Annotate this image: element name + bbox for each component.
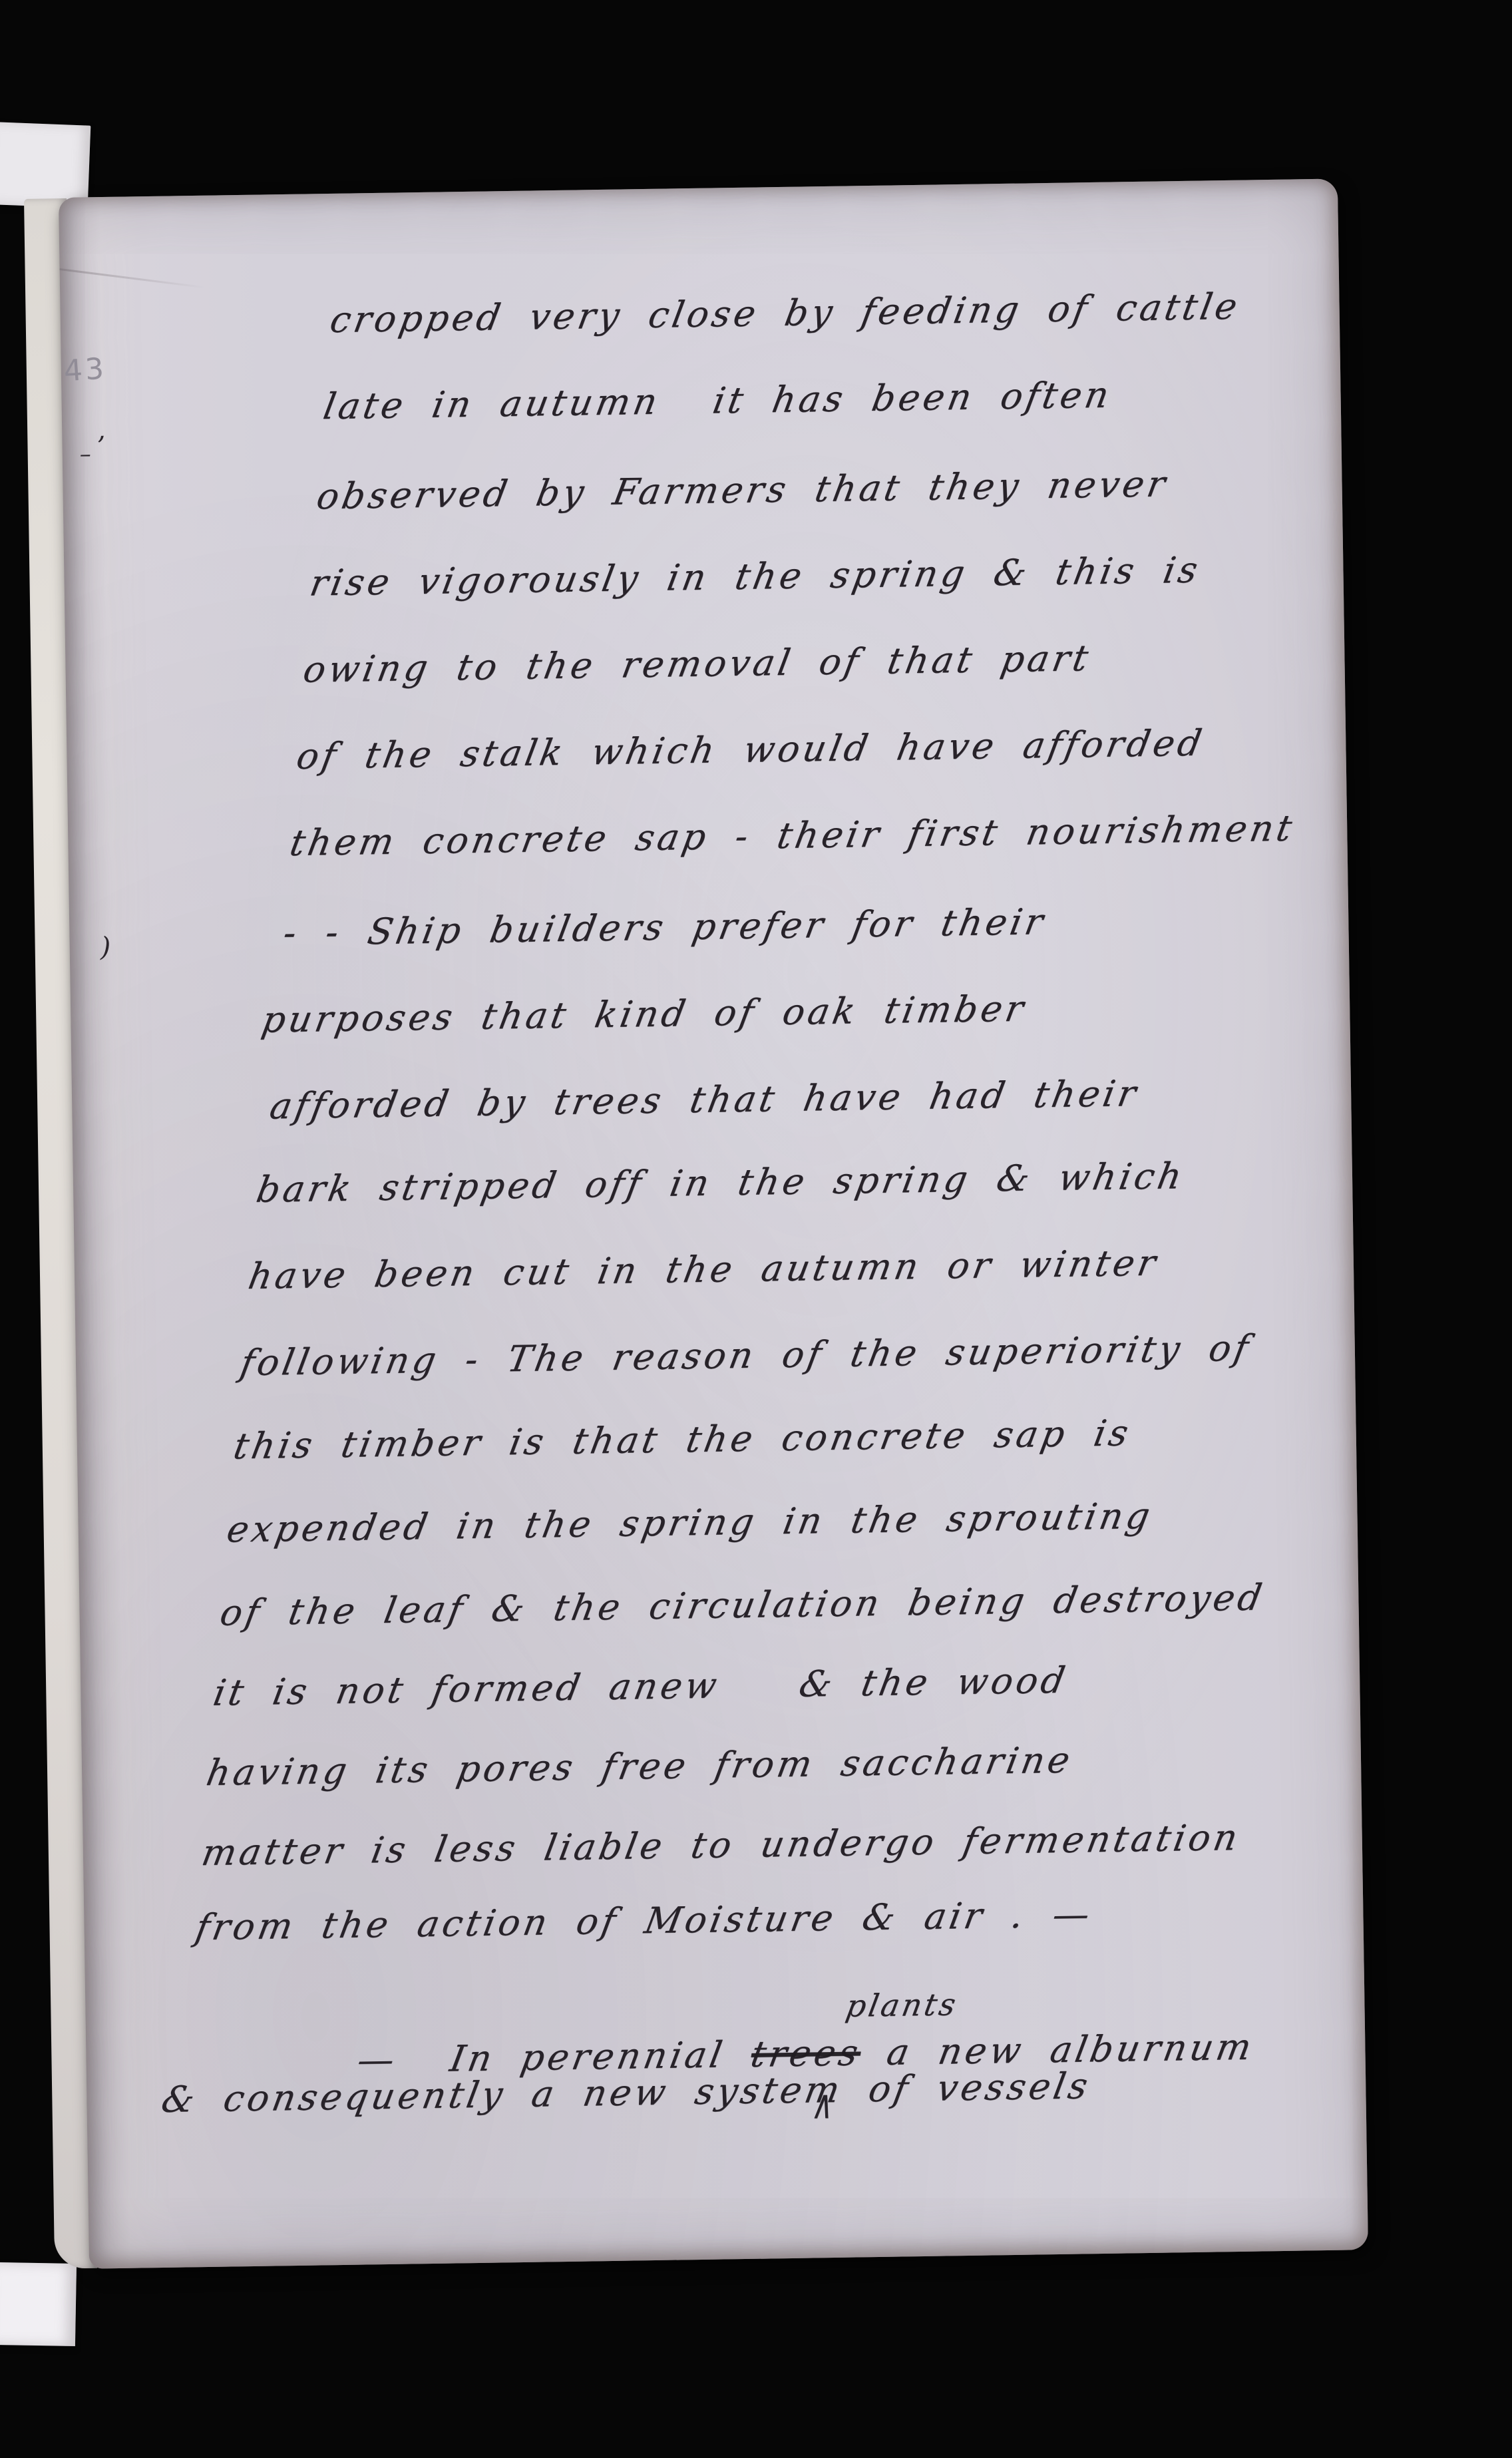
manuscript-line: matter is less liable to undergo ferment… — [198, 1816, 1244, 1874]
manuscript-line: of the leaf & the circulation being dest… — [217, 1576, 1268, 1633]
manuscript-line: cropped very close by feeding of cattle — [327, 286, 1244, 341]
paper-tab-bottom-left — [0, 2262, 77, 2346]
paper-crease — [59, 268, 205, 288]
page-number: 43 — [63, 351, 107, 388]
manuscript-line: afforded by trees that have had their — [267, 1072, 1143, 1127]
paper-tab-top-left — [0, 122, 91, 208]
ink-mark: – — [79, 441, 91, 467]
manuscript-line: observed by Farmers that they never — [313, 463, 1171, 517]
manuscript-line: purposes that kind of oak timber — [259, 987, 1030, 1040]
manuscript-line: of the stalk which would have afforded — [293, 721, 1208, 777]
manuscript-line: expended in the spring in the sprouting — [224, 1495, 1156, 1551]
ink-mark: ) — [100, 932, 110, 962]
manuscript-page: 43 ’ – ) cropped very close by feeding o… — [59, 178, 1368, 2268]
manuscript-line: owing to the removal of that part — [300, 637, 1095, 691]
manuscript-line: bark stripped off in the spring & which — [254, 1155, 1189, 1211]
manuscript-line: have been cut in the autumn or winter — [246, 1242, 1163, 1297]
ink-mark: ’ — [96, 431, 105, 462]
manuscript-line: following - The reason of the superiorit… — [237, 1327, 1254, 1384]
inserted-word: plants — [843, 1986, 961, 2024]
manuscript-line: this timber is that the concrete sap is — [230, 1412, 1135, 1467]
manuscript-line: them concrete sap - their first nourishm… — [287, 807, 1298, 864]
manuscript-line: it is not formed anew & the wood — [210, 1659, 1071, 1714]
photographed-manuscript-scene: 43 ’ – ) cropped very close by feeding o… — [0, 0, 1512, 2458]
manuscript-line: from the action of Moisture & air . — — [192, 1893, 1096, 1948]
manuscript-line: - - Ship builders prefer for their — [280, 901, 1049, 954]
manuscript-line: late in autumn it has been often — [320, 373, 1115, 427]
manuscript-line: having its pores free from saccharine — [204, 1739, 1077, 1794]
manuscript-line: rise vigorously in the spring & this is — [307, 549, 1204, 604]
